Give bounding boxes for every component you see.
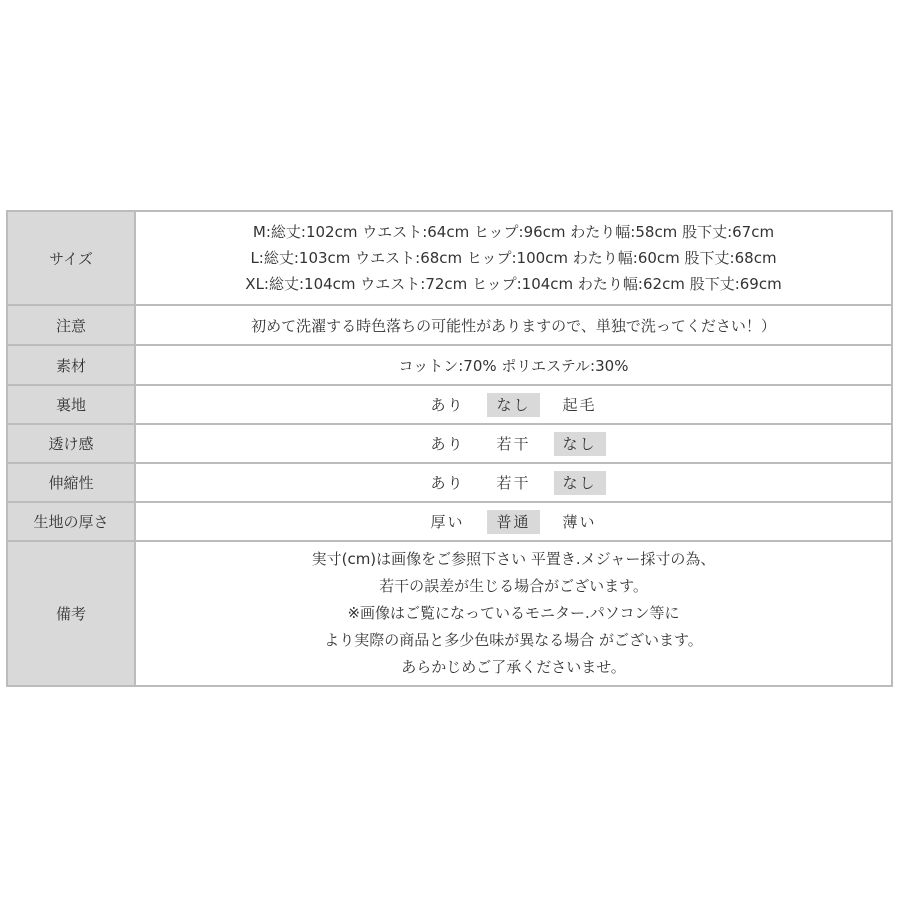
transparency-options: あり 若干 なし <box>421 432 605 456</box>
spec-label-caution: 注意 <box>7 305 135 345</box>
lining-option-yes: あり <box>421 393 473 417</box>
notes-line-4: より実際の商品と多少色味が異なる場合 がございます。 <box>136 627 891 654</box>
thickness-option-normal-selected: 普通 <box>487 510 539 534</box>
spec-label-stretch: 伸縮性 <box>7 463 135 502</box>
spec-value-lining: あり なし 起毛 <box>135 385 892 424</box>
spec-value-thickness: 厚い 普通 薄い <box>135 502 892 541</box>
spec-value-transparency: あり 若干 なし <box>135 424 892 463</box>
spec-value-material: コットン:70% ポリエステル:30% <box>135 345 892 385</box>
notes-line-3: ※画像はご覧になっているモニター.パソコン等に <box>136 600 891 627</box>
spec-value-notes: 実寸(cm)は画像をご参照下さい 平置き.メジャー採寸の為、 若干の誤差が生じる… <box>135 541 892 686</box>
stretch-option-yes: あり <box>421 471 473 495</box>
spec-value-caution: 初めて洗濯する時色落ちの可能性がありますので、単独で洗ってください！） <box>135 305 892 345</box>
spec-row-thickness: 生地の厚さ 厚い 普通 薄い <box>7 502 892 541</box>
transparency-option-slight: 若干 <box>487 432 539 456</box>
notes-line-2: 若干の誤差が生じる場合がございます。 <box>136 573 891 600</box>
spec-label-notes: 備考 <box>7 541 135 686</box>
lining-option-none-selected: なし <box>487 393 539 417</box>
lining-options: あり なし 起毛 <box>421 393 605 417</box>
spec-value-size: M:総丈:102cm ウエスト:64cm ヒップ:96cm わたり幅:58cm … <box>135 211 892 305</box>
stretch-option-slight: 若干 <box>487 471 539 495</box>
lining-option-brushed: 起毛 <box>554 393 606 417</box>
spec-row-material: 素材 コットン:70% ポリエステル:30% <box>7 345 892 385</box>
notes-line-5: あらかじめご了承くださいませ。 <box>136 654 891 681</box>
size-line-l: L:総丈:103cm ウエスト:68cm ヒップ:100cm わたり幅:60cm… <box>136 245 891 271</box>
spec-row-lining: 裏地 あり なし 起毛 <box>7 385 892 424</box>
size-line-xl: XL:総丈:104cm ウエスト:72cm ヒップ:104cm わたり幅:62c… <box>136 271 891 297</box>
product-spec-table: サイズ M:総丈:102cm ウエスト:64cm ヒップ:96cm わたり幅:5… <box>6 210 893 687</box>
spec-row-notes: 備考 実寸(cm)は画像をご参照下さい 平置き.メジャー採寸の為、 若干の誤差が… <box>7 541 892 686</box>
stretch-options: あり 若干 なし <box>421 471 605 495</box>
spec-value-stretch: あり 若干 なし <box>135 463 892 502</box>
size-line-m: M:総丈:102cm ウエスト:64cm ヒップ:96cm わたり幅:58cm … <box>136 219 891 245</box>
spec-row-size: サイズ M:総丈:102cm ウエスト:64cm ヒップ:96cm わたり幅:5… <box>7 211 892 305</box>
transparency-option-yes: あり <box>421 432 473 456</box>
spec-label-lining: 裏地 <box>7 385 135 424</box>
spec-row-caution: 注意 初めて洗濯する時色落ちの可能性がありますので、単独で洗ってください！） <box>7 305 892 345</box>
spec-label-size: サイズ <box>7 211 135 305</box>
transparency-option-none-selected: なし <box>554 432 606 456</box>
spec-row-stretch: 伸縮性 あり 若干 なし <box>7 463 892 502</box>
spec-label-material: 素材 <box>7 345 135 385</box>
thickness-option-thin: 薄い <box>554 510 606 534</box>
thickness-option-thick: 厚い <box>421 510 473 534</box>
thickness-options: 厚い 普通 薄い <box>421 510 605 534</box>
spec-row-transparency: 透け感 あり 若干 なし <box>7 424 892 463</box>
notes-line-1: 実寸(cm)は画像をご参照下さい 平置き.メジャー採寸の為、 <box>136 546 891 573</box>
stretch-option-none-selected: なし <box>554 471 606 495</box>
spec-label-transparency: 透け感 <box>7 424 135 463</box>
spec-label-thickness: 生地の厚さ <box>7 502 135 541</box>
